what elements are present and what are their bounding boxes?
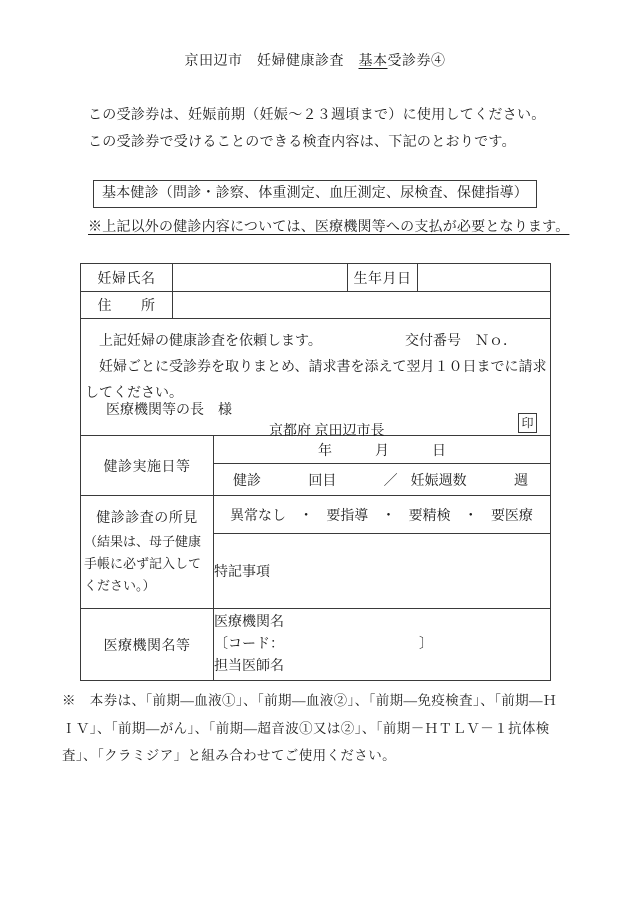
intro-line-2: この受診券で受けることのできる検査内容は、下記のとおりです。 <box>88 129 546 156</box>
request-cell: 上記妊婦の健康診査を依頼します。 交付番号 Ｎｏ． 妊婦ごとに受診券を取りまとめ… <box>81 319 551 436</box>
dot-separator: ・ <box>381 505 395 525</box>
weeks-label: 妊娠週数 <box>411 474 467 489</box>
title-suffix: 受診券④ <box>388 54 446 69</box>
addressee-line: 医療機関等の長 様 <box>106 399 232 419</box>
kaime-label: 回目 <box>308 470 336 490</box>
slash-mark: ／ <box>384 474 398 489</box>
combination-note: ※ 本券は、「前期―血液①」、「前期―血液②」、「前期―免疫検査」、「前期―ＨＩ… <box>62 687 570 770</box>
payment-note: ※上記以外の健診内容については、医療機関等への支払が必要となります。 <box>88 216 569 236</box>
option-no-abnormality: 異常なし <box>230 505 286 525</box>
stamp-box: 印 <box>518 413 537 433</box>
kenshin-label: 健診 <box>233 470 261 490</box>
address-row: 住 所 <box>81 292 551 319</box>
address-value-cell <box>173 292 551 319</box>
year-label: 年 <box>318 440 332 460</box>
intro-line-1: この受診券は、妊娠前期（妊娠～２３週頃まで）に使用してください。 <box>88 102 546 129</box>
findings-label-cell: 健診診査の所見 （結果は、母子健康手帳に必ず記入してください。） <box>81 496 214 609</box>
request-row: 上記妊婦の健康診査を依頼します。 交付番号 Ｎｏ． 妊婦ごとに受診券を取りまとめ… <box>81 319 551 436</box>
name-value-cell <box>173 264 348 292</box>
exam-count-cell: 健診 回目 ／妊娠週数 週 <box>214 464 551 496</box>
title-prefix: 京田辺市 妊婦健康診査 <box>185 54 359 69</box>
birth-label-cell: 生年月日 <box>348 264 418 292</box>
dot-separator: ・ <box>464 505 478 525</box>
issuer-line: 京都府 京田辺市長 <box>269 420 385 440</box>
intro-paragraphs: この受診券は、妊娠前期（妊娠～２３週頃まで）に使用してください。 この受診券で受… <box>88 102 546 156</box>
findings-note: （結果は、母子健康手帳に必ず記入してください。） <box>84 531 211 597</box>
birth-value-cell <box>418 264 551 292</box>
code-open-bracket: 〔コード： <box>214 637 277 652</box>
institution-label-cell: 医療機関名等 <box>81 609 214 681</box>
institution-code-line: 〔コード：〕 <box>214 634 550 656</box>
option-guidance-needed: 要指導 <box>326 505 368 525</box>
page-title: 京田辺市 妊婦健康診査 基本受診券④ <box>0 50 630 70</box>
document-page: 京田辺市 妊婦健康診査 基本受診券④ この受診券は、妊娠前期（妊娠～２３週頃まで… <box>0 0 630 903</box>
name-label-cell: 妊婦氏名 <box>81 264 173 292</box>
week-unit-label: 週 <box>514 470 528 490</box>
address-label-cell: 住 所 <box>81 292 173 319</box>
option-medical-care-needed: 要医療 <box>491 505 533 525</box>
dot-separator: ・ <box>299 505 313 525</box>
option-detailed-exam-needed: 要精検 <box>409 505 451 525</box>
findings-row: 健診診査の所見 （結果は、母子健康手帳に必ず記入してください。） 異常なし ・ … <box>81 496 551 534</box>
special-notes-cell: 特記事項 <box>214 534 551 609</box>
institution-details-cell: 医療機関名 〔コード：〕 担当医師名 <box>214 609 551 681</box>
institution-name-line: 医療機関名 <box>214 612 550 634</box>
month-label: 月 <box>375 440 389 460</box>
request-line: 上記妊婦の健康診査を依頼します。 <box>99 330 322 350</box>
weeks-group: ／妊娠週数 <box>384 470 467 490</box>
doctor-name-line: 担当医師名 <box>214 656 550 678</box>
title-underlined: 基本 <box>359 54 388 69</box>
code-close-bracket: 〕 <box>419 637 433 652</box>
issue-number-label: 交付番号 Ｎｏ． <box>405 330 517 350</box>
name-row: 妊婦氏名 生年月日 <box>81 264 551 292</box>
exam-date-label-cell: 健診実施日等 <box>81 436 214 496</box>
voucher-table: 妊婦氏名 生年月日 住 所 上記妊婦の健康診査を依頼します。 交付番号 Ｎｏ． … <box>80 263 551 681</box>
findings-options-cell: 異常なし ・ 要指導 ・ 要精検 ・ 要医療 <box>214 496 551 534</box>
day-label: 日 <box>432 440 446 460</box>
institution-row: 医療機関名等 医療機関名 〔コード：〕 担当医師名 <box>81 609 551 681</box>
findings-title: 健診診査の所見 <box>81 507 213 527</box>
basic-exam-box: 基本健診（問診・診察、体重測定、血圧測定、尿検査、保健指導） <box>93 180 537 208</box>
